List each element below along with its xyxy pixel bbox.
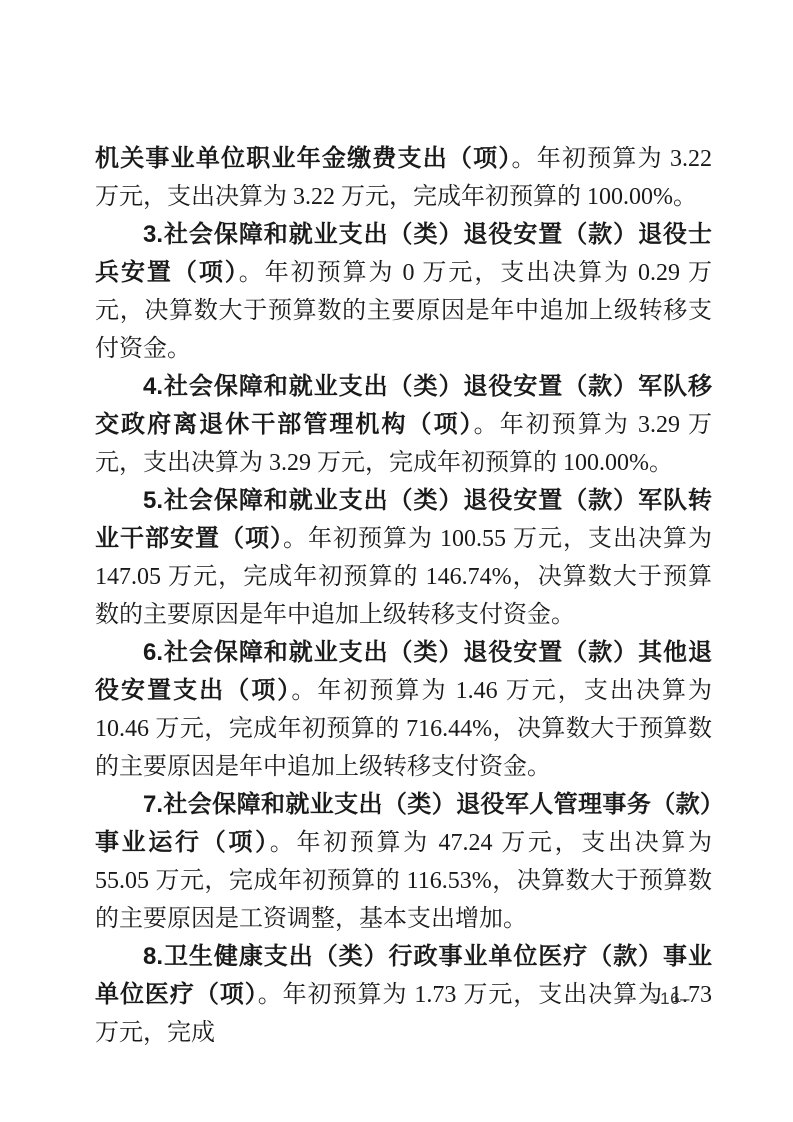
page-number: –16– (650, 989, 690, 1009)
paragraph-item-4: 4.社会保障和就业支出（类）退役安置（款）军队移交政府离退休干部管理机构（项）。… (95, 368, 712, 482)
document-page: 机关事业单位职业年金缴费支出（项）。年初预算为 3.22 万元，支出决算为 3.… (0, 0, 793, 1122)
paragraph-heading: 机关事业单位职业年金缴费支出（项） (95, 145, 512, 172)
paragraph-item-5: 5.社会保障和就业支出（类）退役安置（款）军队转业干部安置（项）。年初预算为 1… (95, 482, 712, 634)
paragraph-item-3: 3.社会保障和就业支出（类）退役安置（款）退役士兵安置（项）。年初预算为 0 万… (95, 216, 712, 368)
paragraph-item-7: 7.社会保障和就业支出（类）退役军人管理事务（款）事业运行（项）。年初预算为 4… (95, 786, 712, 938)
paragraph-pension-contribution: 机关事业单位职业年金缴费支出（项）。年初预算为 3.22 万元，支出决算为 3.… (95, 140, 712, 216)
paragraph-item-8: 8.卫生健康支出（类）行政事业单位医疗（款）事业单位医疗（项）。年初预算为 1.… (95, 938, 712, 1052)
document-body: 机关事业单位职业年金缴费支出（项）。年初预算为 3.22 万元，支出决算为 3.… (95, 140, 712, 1052)
paragraph-item-6: 6.社会保障和就业支出（类）退役安置（款）其他退役安置支出（项）。年初预算为 1… (95, 634, 712, 786)
